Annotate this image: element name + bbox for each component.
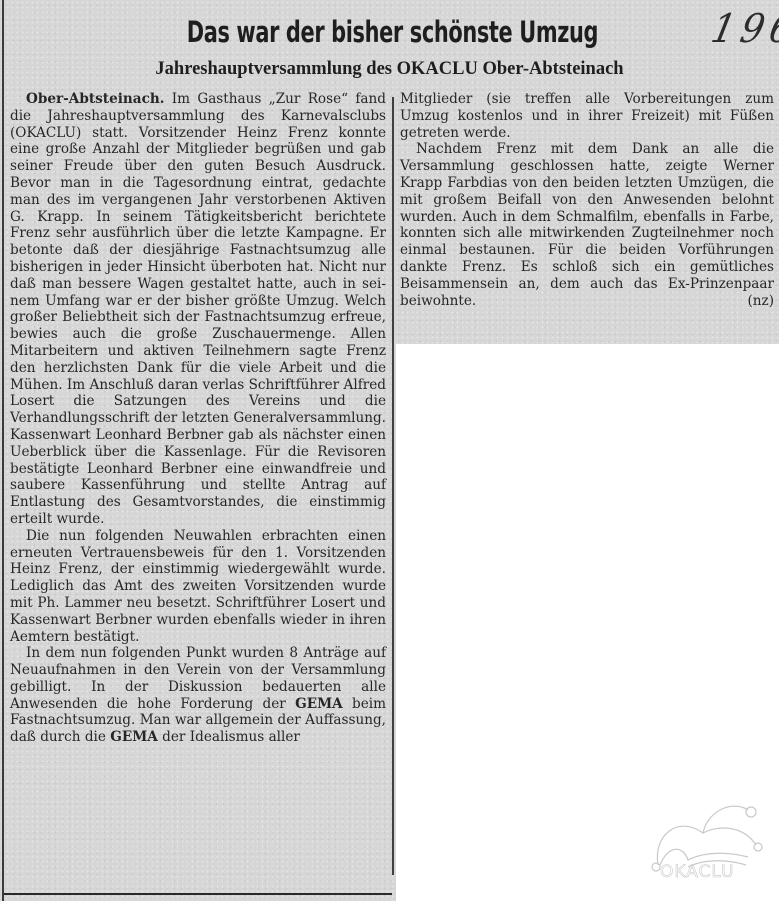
watermark-logo-text: OKACLU — [660, 862, 735, 882]
gema-emphasis: GEMA — [295, 696, 343, 712]
gema-emphasis: GEMA — [110, 729, 158, 745]
paragraph-text: Nachdem Frenz mit dem Dank an alle die V… — [400, 141, 774, 308]
article-column-left: Ober-Abtsteinach. Im Gasthaus „Zur Rose“… — [10, 91, 386, 746]
paragraph: Mitglieder (sie treffen alle Vorbereitun… — [400, 91, 774, 141]
headline: Das war der bisher schönste Umzug — [112, 12, 673, 52]
article-column-right: Mitglieder (sie treffen alle Vorbereitun… — [400, 91, 774, 309]
paragraph: Die nun folgenden Neuwahlen erbrachten e… — [10, 528, 386, 646]
paragraph: In dem nun folgenden Punkt wurden 8 An­t… — [10, 645, 386, 746]
handwritten-note: 196 — [707, 8, 779, 52]
paragraph-text: der Idealismus aller — [158, 729, 300, 745]
bottom-rule — [4, 893, 392, 895]
dateline: Ober-Abtsteinach. — [26, 91, 164, 107]
paragraph-text: Im Gasthaus „Zur Rose“ fand die Jahresha… — [10, 91, 386, 527]
paragraph: Ober-Abtsteinach. Im Gasthaus „Zur Rose“… — [10, 91, 386, 528]
author-signature: (nz) — [731, 293, 774, 310]
paragraph: Nachdem Frenz mit dem Dank an alle die V… — [400, 141, 774, 309]
column-divider — [392, 97, 394, 875]
subheadline: Jahreshauptversammlung des OKACLU Ober-A… — [0, 56, 779, 82]
left-border-rule — [2, 0, 4, 901]
